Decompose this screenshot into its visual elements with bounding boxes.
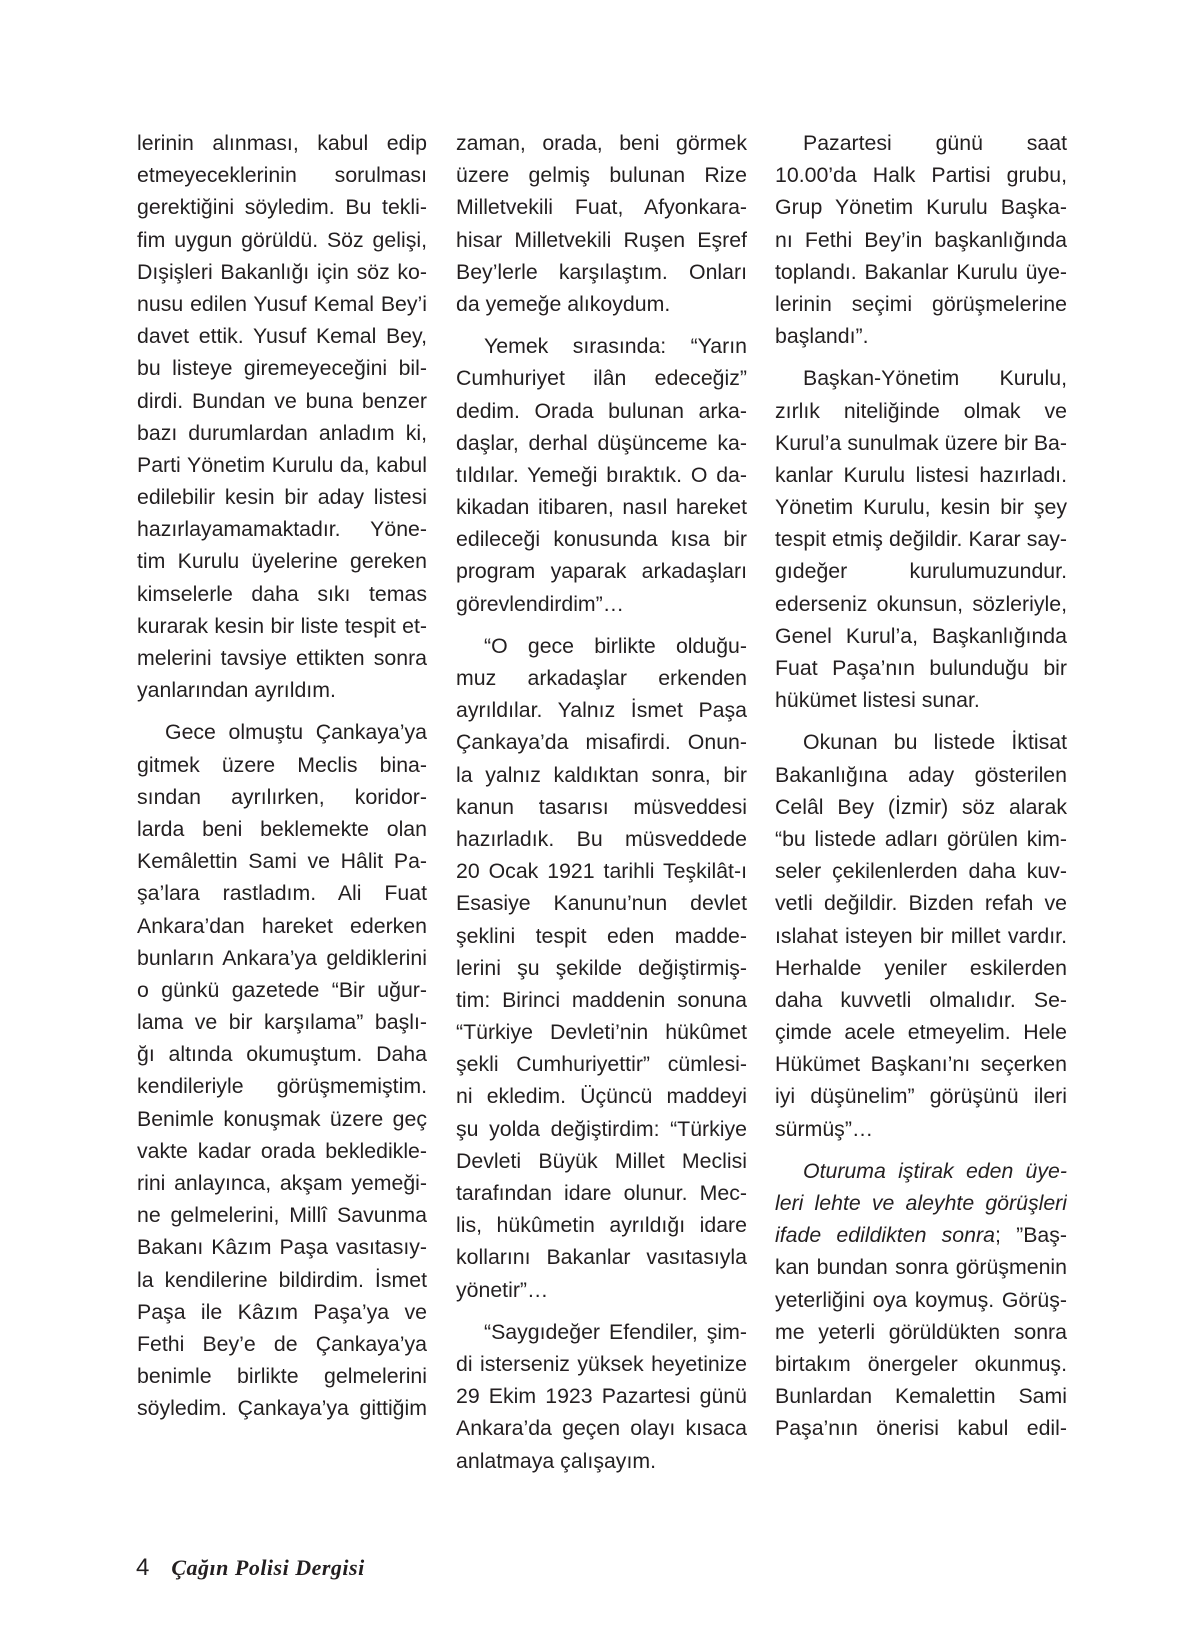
text-line: Bakanlığına aday gösterilen [775, 759, 1067, 791]
text-line: lis, hükûmetin ayrıldığı idare [456, 1209, 747, 1241]
text-line: Okunan bu listede İktisat [775, 726, 1067, 758]
text-line: şeklini tespit eden madde- [456, 920, 747, 952]
text-line: toplandı. Bakanlar Kurulu üye- [775, 256, 1067, 288]
text-line: tıldılar. Yemeği bıraktık. O da- [456, 459, 747, 491]
text-line: daşlar, derhal düşünceme ka- [456, 427, 747, 459]
text-column-right: Pazartesi günü saat10.00’da Halk Partisi… [775, 127, 1067, 1455]
text-line: Parti Yönetim Kurulu da, kabul [137, 449, 427, 481]
text-line: Kemâlettin Sami ve Hâlit Pa- [137, 845, 427, 877]
text-line: Bunlardan Kemalettin Sami [775, 1380, 1067, 1412]
text-line: “Türkiye Devleti’nin hükûmet [456, 1016, 747, 1048]
text-line: birtakım önergeler okunmuş. [775, 1348, 1067, 1380]
text-line: yeterliğini oya koymuş. Görüş- [775, 1284, 1067, 1316]
italic-text: ifade edildikten sonra [775, 1223, 995, 1247]
text-line: 20 Ocak 1921 tarihli Teşkilât-ı [456, 855, 747, 887]
text-line: ğı altında okumuştum. Daha [137, 1038, 427, 1070]
text-line: Oturuma iştirak eden üye- [775, 1155, 1067, 1187]
text-line: bazı durumlardan anladım ki, [137, 417, 427, 449]
text-line: başlandı”. [775, 320, 1067, 352]
text-line: leri lehte ve aleyhte görüşleri [775, 1187, 1067, 1219]
text-line: Devleti Büyük Millet Meclisi [456, 1145, 747, 1177]
text-line: ederseniz okunsun, sözleriyle, [775, 588, 1067, 620]
text-line: Milletvekili Fuat, Afyonkara- [456, 191, 747, 223]
paragraph: Yemek sırasında: “YarınCumhuriyet ilân e… [456, 330, 747, 620]
text-line: 10.00’da Halk Partisi grubu, [775, 159, 1067, 191]
text-line: gerektiğini söyledim. Bu tekli- [137, 191, 427, 223]
text-line: tim Kurulu üyelerine gereken [137, 545, 427, 577]
text-line: Ankara’da geçen olayı kısaca [456, 1412, 747, 1444]
text-line: Cumhuriyet ilân edeceğiz” [456, 362, 747, 394]
text-line: Fuat Paşa’nın bulunduğu bir [775, 652, 1067, 684]
italic-text: leri lehte ve aleyhte görüşleri [775, 1191, 1067, 1215]
text-line: lerinin alınması, kabul edip [137, 127, 427, 159]
text-line: kanlar Kurulu listesi hazırladı. [775, 459, 1067, 491]
text-line: zaman, orada, beni görmek [456, 127, 747, 159]
text-line: şa’lara rastladım. Ali Fuat Paşa [137, 877, 427, 909]
paragraph: Başkan-Yönetim Kurulu, ha-zırlık niteliğ… [775, 362, 1067, 716]
magazine-page: lerinin alınması, kabul edipetmeyecekler… [0, 0, 1204, 1641]
text-line: Celâl Bey (İzmir) söz alarak [775, 791, 1067, 823]
text-line: larda beni beklemekte olan [137, 813, 427, 845]
text-line: sürmüş”… [775, 1113, 1067, 1145]
text-line: fim uygun görüldü. Söz gelişi, [137, 224, 427, 256]
text-line: edilebilir kesin bir aday listesi [137, 481, 427, 513]
text-line: 29 Ekim 1923 Pazartesi günü [456, 1380, 747, 1412]
text-line: gitmek üzere Meclis bina- [137, 749, 427, 781]
paragraph: Pazartesi günü saat10.00’da Halk Partisi… [775, 127, 1067, 352]
text-line: program yaparak arkadaşları [456, 555, 747, 587]
page-number: 4 [136, 1554, 149, 1582]
text-line: etmeyeceklerinin sorulması [137, 159, 427, 191]
text-line: yanlarından ayrıldım. [137, 674, 427, 706]
text-line: Fethi Bey’e de Çankaya’ya [137, 1328, 427, 1360]
text-line: dedim. Orada bulunan arka- [456, 395, 747, 427]
text-line: ni ekledim. Üçüncü maddeyi [456, 1080, 747, 1112]
text-line: edileceği konusunda kısa bir [456, 523, 747, 555]
text-line: nı Fethi Bey’in başkanlığında [775, 224, 1067, 256]
text-line: yönetir”… [456, 1274, 747, 1306]
text-line: “Saygıdeğer Efendiler, şim- [456, 1316, 747, 1348]
text-line: tarafından idare olunur. Mec- [456, 1177, 747, 1209]
text-line: lerini şu şekilde değiştirmiş- [456, 952, 747, 984]
regular-text: birtakım önergeler okunmuş. [775, 1352, 1067, 1376]
text-line: anlatmaya çalışayım. [456, 1445, 747, 1477]
text-line: seler çekilenlerden daha kuv- [775, 855, 1067, 887]
text-column-left: lerinin alınması, kabul edipetmeyecekler… [137, 127, 427, 1435]
text-line: Dışişleri Bakanlığı için söz ko- [137, 256, 427, 288]
text-line: Benimle konuşmak üzere geç [137, 1103, 427, 1135]
text-line: çimde acele etmeyelim. Hele [775, 1016, 1067, 1048]
text-line: dirdi. Bundan ve buna benzer [137, 385, 427, 417]
text-line: Gece olmuştu Çankaya’ya [137, 716, 427, 748]
text-line: melerini tavsiye ettikten sonra [137, 642, 427, 674]
regular-text: me yeterli görüldükten sonra [775, 1320, 1067, 1344]
text-line: di isterseniz yüksek heyetinize [456, 1348, 747, 1380]
paragraph: “O gece birlikte olduğu-muz arkadaşlar e… [456, 630, 747, 1306]
text-line: Bakanı Kâzım Paşa vasıtasıy- [137, 1231, 427, 1263]
text-line: vakte kadar orada bekledikle- [137, 1135, 427, 1167]
journal-title: Çağın Polisi Dergisi [171, 1555, 364, 1581]
text-line: Kurul’a sunulmak üzere bir Ba- [775, 427, 1067, 459]
text-line: lama ve bir karşılama” başlı- [137, 1006, 427, 1038]
text-line: kendileriyle görüşmemiştim. [137, 1070, 427, 1102]
regular-text: ; ”Baş- [995, 1223, 1067, 1247]
text-line: tim: Birinci maddenin sonuna [456, 984, 747, 1016]
text-line: kikadan itibaren, nasıl hareket [456, 491, 747, 523]
paragraph: zaman, orada, beni görmeküzere gelmiş bu… [456, 127, 747, 320]
text-line: Bey’lerle karşılaştım. Onları [456, 256, 747, 288]
text-column-middle: zaman, orada, beni görmeküzere gelmiş bu… [456, 127, 747, 1487]
italic-text: Oturuma iştirak eden üye- [803, 1159, 1067, 1183]
text-line: Başkan-Yönetim Kurulu, ha- [775, 362, 1067, 394]
regular-text: yeterliğini oya koymuş. Görüş- [775, 1288, 1067, 1312]
text-line: vetli değildir. Bizden refah ve [775, 887, 1067, 919]
text-line: şekli Cumhuriyettir” cümlesi- [456, 1048, 747, 1080]
paragraph: Oturuma iştirak eden üye-leri lehte ve a… [775, 1155, 1067, 1445]
text-line: da yemeğe alıkoydum. [456, 288, 747, 320]
text-line: nusu edilen Yusuf Kemal Bey’i [137, 288, 427, 320]
text-line: ifade edildikten sonra; ”Baş- [775, 1219, 1067, 1251]
text-line: söyledim. Çankaya’ya gittiğim [137, 1392, 427, 1424]
text-line: rini anlayınca, akşam yemeği- [137, 1167, 427, 1199]
text-line: Esasiye Kanunu’nun devlet [456, 887, 747, 919]
regular-text: kan bundan sonra görüşmenin [775, 1255, 1067, 1279]
text-line: Paşa ile Kâzım Paşa’ya ve [137, 1296, 427, 1328]
text-line: hazırladık. Bu müsveddede [456, 823, 747, 855]
paragraph: “Saygıdeğer Efendiler, şim-di isterseniz… [456, 1316, 747, 1477]
text-line: bu listeye giremeyeceğini bil- [137, 352, 427, 384]
text-line: ayrıldılar. Yalnız İsmet Paşa [456, 694, 747, 726]
text-line: kanun tasarısı müsveddesi [456, 791, 747, 823]
text-line: kan bundan sonra görüşmenin [775, 1251, 1067, 1283]
text-line: o günkü gazetede “Bir uğur- [137, 974, 427, 1006]
text-line: lerinin seçimi görüşmelerine [775, 288, 1067, 320]
text-line: la yalnız kaldıktan sonra, bir [456, 759, 747, 791]
text-line: tespit etmiş değildir. Karar say- [775, 523, 1067, 555]
text-line: sından ayrılırken, koridor- [137, 781, 427, 813]
text-line: Yönetim Kurulu, kesin bir şey [775, 491, 1067, 523]
text-line: kimselerle daha sıkı temas [137, 578, 427, 610]
text-line: Ankara’dan hareket ederken [137, 910, 427, 942]
text-line: Paşa’nın önerisi kabul edil- [775, 1412, 1067, 1444]
text-line: kurarak kesin bir liste tespit et- [137, 610, 427, 642]
text-line: “O gece birlikte olduğu- [456, 630, 747, 662]
text-line: Herhalde yeniler eskilerden [775, 952, 1067, 984]
paragraph: Gece olmuştu Çankaya’yagitmek üzere Mecl… [137, 716, 427, 1424]
text-line: ıslahat isteyen bir millet vardır. [775, 920, 1067, 952]
page-footer: 4 Çağın Polisi Dergisi [136, 1554, 365, 1582]
text-line: Pazartesi günü saat [775, 127, 1067, 159]
text-line: bunların Ankara’ya geldiklerini [137, 942, 427, 974]
text-line: daha kuvvetli olmalıdır. Se- [775, 984, 1067, 1016]
text-line: Çankaya’da misafirdi. Onun- [456, 726, 747, 758]
text-line: Genel Kurul’a, Başkanlığında [775, 620, 1067, 652]
text-line: üzere gelmiş bulunan Rize [456, 159, 747, 191]
text-line: hisar Milletvekili Ruşen Eşref [456, 224, 747, 256]
text-line: zırlık niteliğinde olmak ve Genel [775, 395, 1067, 427]
text-line: Grup Yönetim Kurulu Başka- [775, 191, 1067, 223]
text-line: Yemek sırasında: “Yarın [456, 330, 747, 362]
text-line: kollarını Bakanlar vasıtasıyla [456, 1241, 747, 1273]
text-line: la kendilerine bildirdim. İsmet [137, 1264, 427, 1296]
paragraph: Okunan bu listede İktisatBakanlığına ada… [775, 726, 1067, 1144]
text-line: gıdeğer kurulumuzundur. Kabul [775, 555, 1067, 587]
text-line: davet ettik. Yusuf Kemal Bey, [137, 320, 427, 352]
regular-text: Bunlardan Kemalettin Sami [775, 1384, 1067, 1408]
text-line: me yeterli görüldükten sonra [775, 1316, 1067, 1348]
text-line: benimle birlikte gelmelerini [137, 1360, 427, 1392]
text-line: ne gelmelerini, Millî Savunma [137, 1199, 427, 1231]
paragraph: lerinin alınması, kabul edipetmeyecekler… [137, 127, 427, 706]
text-line: şu yolda değiştirdim: “Türkiye [456, 1113, 747, 1145]
text-line: iyi düşünelim” görüşünü ileri [775, 1080, 1067, 1112]
text-line: hükümet listesi sunar. [775, 684, 1067, 716]
text-line: hazırlayamamaktadır. Yöne- [137, 513, 427, 545]
text-line: Hükümet Başkanı’nı seçerken [775, 1048, 1067, 1080]
regular-text: Paşa’nın önerisi kabul edil- [775, 1416, 1067, 1440]
text-line: “bu listede adları görülen kim- [775, 823, 1067, 855]
text-line: görevlendirdim”… [456, 588, 747, 620]
text-line: muz arkadaşlar erkenden [456, 662, 747, 694]
